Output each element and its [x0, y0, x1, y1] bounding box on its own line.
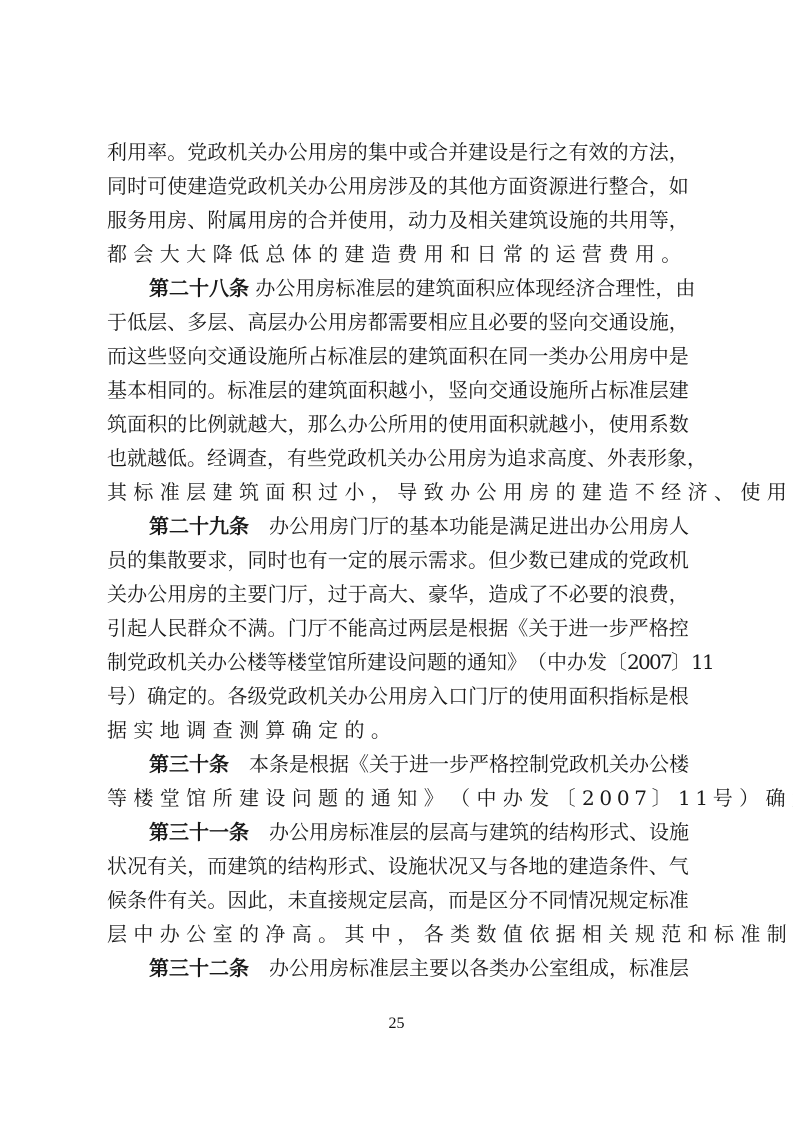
text-line: 筑面积的比例就越大，那么办公所用的使用面积就越小，使用系数: [107, 411, 689, 445]
paragraph-article-29: 第二十九条 办公用房门厅的基本功能是满足进出办公用房人员的集散要求，同时也有一定…: [107, 513, 689, 751]
text-line: 第二十九条 办公用房门厅的基本功能是满足进出办公用房人: [107, 513, 689, 547]
text-line: 其标准层建筑面积过小，导致办公用房的建造不经济、使用不合理。: [107, 479, 689, 513]
text-line: 基本相同的。标准层的建筑面积越小，竖向交通设施所占标准层建: [107, 377, 689, 411]
text-line: 第三十一条 办公用房标准层的层高与建筑的结构形式、设施: [107, 819, 689, 853]
text-line: 据实地调查测算确定的。: [107, 717, 689, 751]
text-line: 都会大大降低总体的建造费用和日常的运营费用。: [107, 241, 689, 275]
text-line: 而这些竖向交通设施所占标准层的建筑面积在同一类办公用房中是: [107, 343, 689, 377]
text-line: 员的集散要求，同时也有一定的展示需求。但少数已建成的党政机: [107, 547, 689, 581]
text-line: 层中办公室的净高。其中，各类数值依据相关规范和标准制定。: [107, 921, 689, 955]
paragraph-article-30: 第三十条 本条是根据《关于进一步严格控制党政机关办公楼等楼堂馆所建设问题的通知》…: [107, 751, 689, 819]
text-line: 引起人民群众不满。门厅不能高过两层是根据《关于进一步严格控: [107, 615, 689, 649]
paragraph-article-28: 第二十八条 办公用房标准层的建筑面积应体现经济合理性，由于低层、多层、高层办公用…: [107, 275, 689, 513]
text-line: 候条件有关。因此，未直接规定层高，而是区分不同情况规定标准: [107, 887, 689, 921]
paragraph-article-31: 第三十一条 办公用房标准层的层高与建筑的结构形式、设施状况有关，而建筑的结构形式…: [107, 819, 689, 955]
page-number: 25: [0, 1015, 793, 1033]
text-line: 状况有关，而建筑的结构形式、设施状况又与各地的建造条件、气: [107, 853, 689, 887]
paragraph-p-continuation: 利用率。党政机关办公用房的集中或合并建设是行之有效的方法，同时可使建造党政机关办…: [107, 139, 689, 275]
text-line: 也就越低。经调查，有些党政机关办公用房为追求高度、外表形象，: [107, 445, 689, 479]
text-line: 第三十条 本条是根据《关于进一步严格控制党政机关办公楼: [107, 751, 689, 785]
body-text: 利用率。党政机关办公用房的集中或合并建设是行之有效的方法，同时可使建造党政机关办…: [107, 139, 689, 989]
document-page: 利用率。党政机关办公用房的集中或合并建设是行之有效的方法，同时可使建造党政机关办…: [0, 0, 793, 1122]
paragraph-article-32: 第三十二条 办公用房标准层主要以各类办公室组成，标准层: [107, 955, 689, 989]
text-line: 号）确定的。各级党政机关办公用房入口门厅的使用面积指标是根: [107, 683, 689, 717]
text-line: 服务用房、附属用房的合并使用，动力及相关建筑设施的共用等，: [107, 207, 689, 241]
text-line: 关办公用房的主要门厅，过于高大、豪华，造成了不必要的浪费，: [107, 581, 689, 615]
text-line: 于低层、多层、高层办公用房都需要相应且必要的竖向交通设施，: [107, 309, 689, 343]
text-line: 同时可使建造党政机关办公用房涉及的其他方面资源进行整合，如: [107, 173, 689, 207]
text-line: 制党政机关办公楼等楼堂馆所建设问题的通知》（中办发〔2007〕11: [107, 649, 689, 683]
text-line: 第三十二条 办公用房标准层主要以各类办公室组成，标准层: [107, 955, 689, 989]
text-line: 利用率。党政机关办公用房的集中或合并建设是行之有效的方法，: [107, 139, 689, 173]
text-line: 等楼堂馆所建设问题的通知》（中办发〔2007〕11号）确定的。: [107, 785, 689, 819]
text-line: 第二十八条 办公用房标准层的建筑面积应体现经济合理性，由: [107, 275, 689, 309]
